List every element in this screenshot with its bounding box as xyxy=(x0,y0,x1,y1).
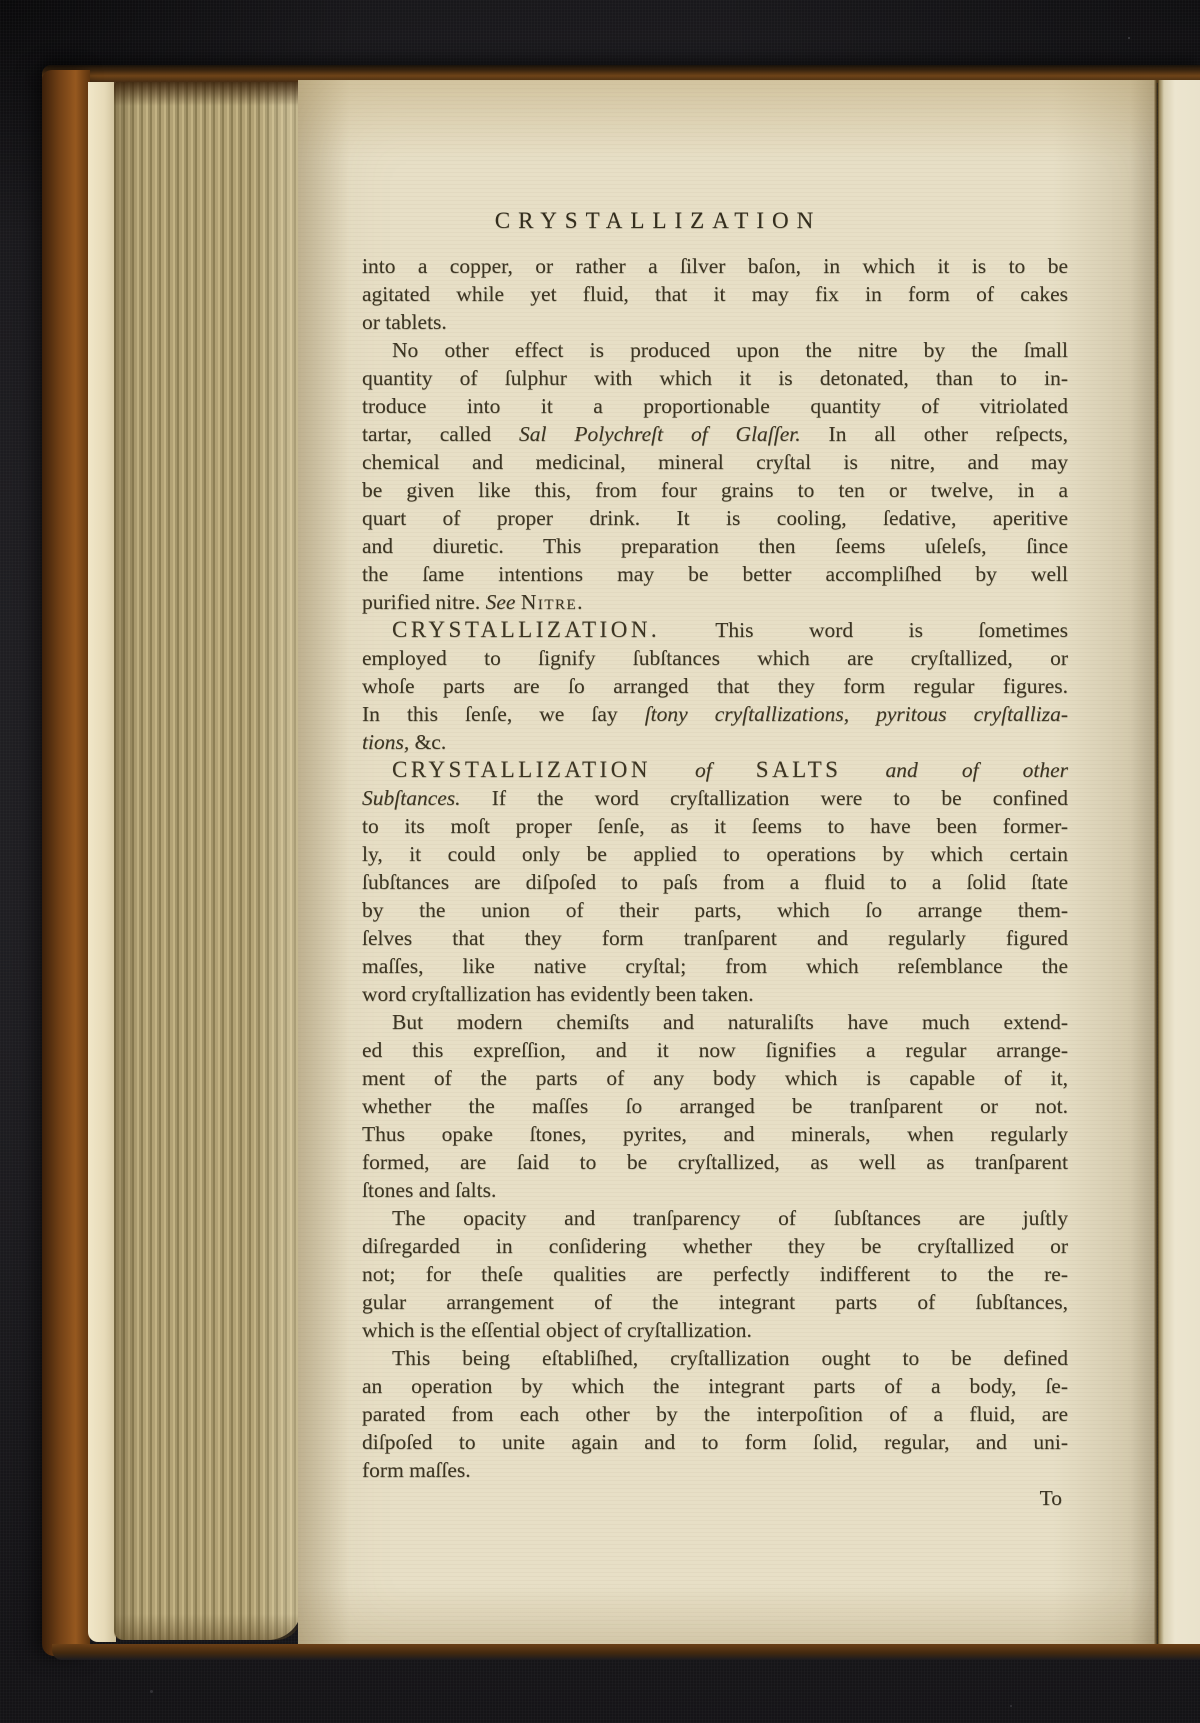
text-line: tartar, called Sal Polychreſt of Glaſſer… xyxy=(362,420,1068,448)
photo-backdrop: CRYSTALLIZATION into a copper, or rather… xyxy=(0,0,1200,1723)
text-segment: quantity of ſulphur with which it is det… xyxy=(362,366,1068,390)
text-segment-caps: CRYSTALLIZATION xyxy=(392,757,651,782)
text-segment: which is the eſſential object of cryſtal… xyxy=(362,1318,752,1342)
text-line: But modern chemiſts and naturaliſts have… xyxy=(362,1008,1068,1036)
text-line: No other effect is produced upon the nit… xyxy=(362,336,1068,364)
running-header: CRYSTALLIZATION xyxy=(305,206,1011,236)
text-line: employed to ſignify ſubſtances which are… xyxy=(362,644,1068,672)
text-line: CRYSTALLIZATION of SALTS and of other xyxy=(362,756,1068,784)
text-segment: form maſſes. xyxy=(362,1458,471,1482)
paragraph: No other effect is produced upon the nit… xyxy=(362,336,1068,616)
text-line: an operation by which the integrant part… xyxy=(362,1372,1068,1400)
text-line: quantity of ſulphur with which it is det… xyxy=(362,364,1068,392)
text-line: gular arrangement of the integrant parts… xyxy=(362,1288,1068,1316)
text-line: agitated while yet fluid, that it may fi… xyxy=(362,280,1068,308)
text-segment: maſſes, like native cryſtal; from which … xyxy=(362,954,1068,978)
text-segment: ſubſtances are diſpoſed to paſs from a f… xyxy=(362,870,1068,894)
text-line: parated from each other by the interpoſi… xyxy=(362,1400,1068,1428)
text-line: diſpoſed to unite again and to form ſoli… xyxy=(362,1428,1068,1456)
text-segment: This being eſtabliſhed, cryſtallization … xyxy=(392,1346,1068,1370)
paragraph: The opacity and tranſparency of ſubſtanc… xyxy=(362,1204,1068,1344)
text-segment: by the union of their parts, which ſo ar… xyxy=(362,898,1068,922)
fore-edge-page-stack xyxy=(114,82,302,1640)
text-line: the ſame intentions may be better accomp… xyxy=(362,560,1068,588)
text-line: or tablets. xyxy=(362,308,1068,336)
text-line: word cryſtallization has evidently been … xyxy=(362,980,1068,1008)
text-line: In this ſenſe, we ſay ſtony cryſtallizat… xyxy=(362,700,1068,728)
paragraph: But modern chemiſts and naturaliſts have… xyxy=(362,1008,1068,1204)
paragraph: CRYSTALLIZATION. This word is ſometimese… xyxy=(362,616,1068,756)
text-segment: ſelves that they form tranſparent and re… xyxy=(362,926,1068,950)
text-segment: and diuretic. This preparation then ſeem… xyxy=(362,534,1068,558)
text-segment: purified nitre. xyxy=(362,590,486,614)
text-segment: word cryſtallization has evidently been … xyxy=(362,982,754,1006)
text-segment: troduce into it a proportionable quantit… xyxy=(362,394,1068,418)
text-segment: agitated while yet fluid, that it may fi… xyxy=(362,282,1068,306)
paragraph: CRYSTALLIZATION of SALTS and of otherSub… xyxy=(362,756,1068,1008)
text-segment: an operation by which the integrant part… xyxy=(362,1374,1068,1398)
text-segment: chemical and medicinal, mineral cryſtal … xyxy=(362,450,1068,474)
text-line: whether the maſſes ſo arranged be tranſp… xyxy=(362,1092,1068,1120)
text-line: into a copper, or rather a ſilver baſon,… xyxy=(362,252,1068,280)
text-segment: . xyxy=(577,590,582,614)
text-segment: employed to ſignify ſubſtances which are… xyxy=(362,646,1068,670)
text-line: to its moſt proper ſenſe, as it ſeems to… xyxy=(362,812,1068,840)
text-segment-i: of xyxy=(651,758,756,782)
text-line: CRYSTALLIZATION. This word is ſometimes xyxy=(362,616,1068,644)
text-segment-caps: CRYSTALLIZATION. xyxy=(392,617,660,642)
text-segment-caps: SALTS xyxy=(756,757,842,782)
text-line: Thus opake ſtones, pyrites, and minerals… xyxy=(362,1120,1068,1148)
text-segment: &c. xyxy=(409,730,446,754)
text-segment: But modern chemiſts and naturaliſts have… xyxy=(392,1010,1068,1034)
text-segment-sc: Nitre xyxy=(521,590,577,614)
text-segment: tartar, called xyxy=(362,422,519,446)
text-segment: diſpoſed to unite again and to form ſoli… xyxy=(362,1430,1068,1454)
text-segment: whoſe parts are ſo arranged that they fo… xyxy=(362,674,1068,698)
text-segment-i: Sal Polychreſt of Glaſſer. xyxy=(519,422,801,446)
book-bottom-edge-leather xyxy=(52,1644,1200,1660)
text-line: troduce into it a proportionable quantit… xyxy=(362,392,1068,420)
text-segment: not; for theſe qualities are perfectly i… xyxy=(362,1262,1068,1286)
text-line: tions, &c. xyxy=(362,728,1068,756)
text-segment: parated from each other by the interpoſi… xyxy=(362,1402,1068,1426)
text-line: chemical and medicinal, mineral cryſtal … xyxy=(362,448,1068,476)
catchword: To xyxy=(1040,1486,1062,1510)
catchword-row: To xyxy=(362,1484,1068,1512)
text-segment: into a copper, or rather a ſilver baſon,… xyxy=(362,254,1068,278)
text-segment: If the word cryſtallization were to be c… xyxy=(461,786,1068,810)
text-line: ed this expreſſion, and it now ſignifies… xyxy=(362,1036,1068,1064)
text-line: The opacity and tranſparency of ſubſtanc… xyxy=(362,1204,1068,1232)
text-segment-i: and of other xyxy=(841,758,1068,782)
dust-speck xyxy=(1128,37,1130,39)
text-line: quart of proper drink. It is cooling, ſe… xyxy=(362,504,1068,532)
text-segment: Thus opake ſtones, pyrites, and minerals… xyxy=(362,1122,1068,1146)
text-segment-i: See xyxy=(486,590,521,614)
text-segment: formed, are ſaid to be cryſtallized, as … xyxy=(362,1150,1068,1174)
text-segment: In all other reſpects, xyxy=(801,422,1068,446)
text-segment: be given like this, from four grains to … xyxy=(362,478,1068,502)
book-cover-spine-edge xyxy=(42,70,90,1656)
text-line: diſregarded in conſidering whether they … xyxy=(362,1232,1068,1260)
text-segment: quart of proper drink. It is cooling, ſe… xyxy=(362,506,1068,530)
text-line: be given like this, from four grains to … xyxy=(362,476,1068,504)
text-line: maſſes, like native cryſtal; from which … xyxy=(362,952,1068,980)
text-segment: to its moſt proper ſenſe, as it ſeems to… xyxy=(362,814,1068,838)
text-segment: ſtones and ſalts. xyxy=(362,1178,496,1202)
page-paragraphs: into a copper, or rather a ſilver baſon,… xyxy=(362,252,1068,1484)
text-line: ſelves that they form tranſparent and re… xyxy=(362,924,1068,952)
facing-page-edge xyxy=(1158,80,1200,1648)
text-line: whoſe parts are ſo arranged that they fo… xyxy=(362,672,1068,700)
page-edge-sliver xyxy=(88,82,116,1642)
text-line: ly, it could only be applied to operatio… xyxy=(362,840,1068,868)
text-segment: whether the maſſes ſo arranged be tranſp… xyxy=(362,1094,1068,1118)
text-segment-i: tions, xyxy=(362,730,409,754)
text-line: and diuretic. This preparation then ſeem… xyxy=(362,532,1068,560)
text-segment: the ſame intentions may be better accomp… xyxy=(362,562,1068,586)
text-line: not; for theſe qualities are perfectly i… xyxy=(362,1260,1068,1288)
text-segment: In this ſenſe, we ſay xyxy=(362,702,645,726)
dust-speck xyxy=(1010,1705,1012,1707)
text-segment: or tablets. xyxy=(362,310,447,334)
text-segment: This word is ſometimes xyxy=(660,618,1068,642)
paragraph: This being eſtabliſhed, cryſtallization … xyxy=(362,1344,1068,1484)
text-line: ſubſtances are diſpoſed to paſs from a f… xyxy=(362,868,1068,896)
text-line: formed, are ſaid to be cryſtallized, as … xyxy=(362,1148,1068,1176)
text-segment: ly, it could only be applied to operatio… xyxy=(362,842,1068,866)
text-segment: No other effect is produced upon the nit… xyxy=(392,338,1068,362)
text-line: purified nitre. See Nitre. xyxy=(362,588,1068,616)
text-line: ſtones and ſalts. xyxy=(362,1176,1068,1204)
text-segment: ment of the parts of any body which is c… xyxy=(362,1066,1068,1090)
text-segment: ed this expreſſion, and it now ſignifies… xyxy=(362,1038,1068,1062)
text-segment: The opacity and tranſparency of ſubſtanc… xyxy=(392,1206,1068,1230)
text-line: Subſtances. If the word cryſtallization … xyxy=(362,784,1068,812)
text-line: by the union of their parts, which ſo ar… xyxy=(362,896,1068,924)
text-segment-i: Subſtances. xyxy=(362,786,461,810)
text-segment: diſregarded in conſidering whether they … xyxy=(362,1234,1068,1258)
text-line: ment of the parts of any body which is c… xyxy=(362,1064,1068,1092)
text-block: CRYSTALLIZATION into a copper, or rather… xyxy=(362,206,1068,1512)
text-line: which is the eſſential object of cryſtal… xyxy=(362,1316,1068,1344)
paragraph: into a copper, or rather a ſilver baſon,… xyxy=(362,252,1068,336)
text-segment-i: ſtony cryſtallizations, pyritous cryſtal… xyxy=(645,702,1068,726)
text-line: form maſſes. xyxy=(362,1456,1068,1484)
text-line: This being eſtabliſhed, cryſtallization … xyxy=(362,1344,1068,1372)
text-segment: gular arrangement of the integrant parts… xyxy=(362,1290,1068,1314)
dust-speck xyxy=(150,1690,153,1693)
